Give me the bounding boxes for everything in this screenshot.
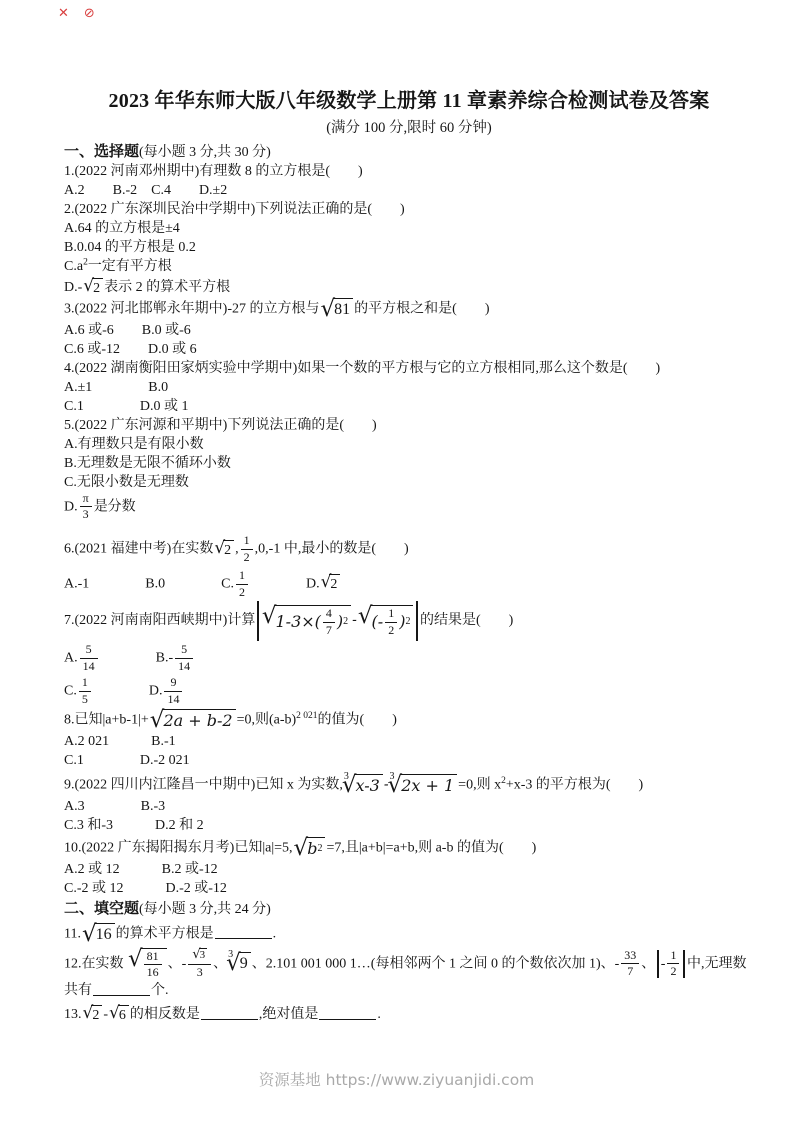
square-root: √16 [82,923,115,946]
fraction: 12 [241,534,253,565]
section-heading: 二、填空题 [64,901,139,917]
exponent: 2 021 [296,711,317,721]
fraction: 47 [323,607,335,638]
fraction: 15 [79,676,91,707]
absolute-value-bar [657,950,659,978]
cube-root: 3√9 [228,952,251,975]
answer-blank [319,1004,376,1020]
square-root: √6 [109,1005,129,1025]
line-q10-options-ab: A.2 或 12 B.2 或-12 [64,860,754,879]
absolute-value-bar [683,950,685,978]
answer-blank [201,1004,258,1020]
document-body: 一、选择题(每小题 3 分,共 30 分)1.(2022 河南邓州期中)有理数 … [64,143,754,1025]
line-q5-option-b: B.无理数是无限不循环小数 [64,454,754,473]
fraction: 514 [175,643,193,674]
page-subtitle: (满分 100 分,限时 60 分钟) [64,119,754,138]
fraction: 514 [80,643,98,674]
line-q7: 7.(2022 河南南阳西峡期中)计算√1-3×(47)2-√(-12)2的结果… [64,601,754,641]
fraction: 337 [621,949,639,980]
test-paper: 2023 年华东师大版八年级数学上册第 11 章素养综合检测试卷及答案 (满分 … [64,88,754,1025]
cube-root: 3√2x + 1 [390,774,458,797]
line-q2-option-d: D.-√2表示 2 的算术平方根 [64,278,754,298]
corner-marks: ✕ ⊘ [58,6,95,21]
line-q5-option-d: D.π3是分数 [64,492,754,523]
square-root: √3 [192,948,207,963]
section-heading: 一、选择题 [64,144,139,160]
line-q2-option-c: C.a2一定有平方根 [64,257,754,276]
square-root: √1-3×(47)2 [262,605,351,638]
line-q4-options-ab: A.±1 B.0 [64,378,754,397]
line-q5: 5.(2022 广东河源和平期中)下列说法正确的是( ) [64,416,754,435]
broken-image-icon: ✕ [58,6,69,21]
absolute-value-bar [416,601,418,641]
line-q9-options-ab: A.3 B.-3 [64,797,754,816]
line-q13: 13.√2-√6的相反数是,绝对值是. [64,1004,754,1025]
line-q9: 9.(2022 四川内江隆昌一中期中)已知 x 为实数,3√x-3-3√2x +… [64,774,754,797]
line-q9-options-cd: C.3 和-3 D.2 和 2 [64,816,754,835]
answer-blank [93,980,150,996]
fraction: 12 [236,569,248,600]
line-q2-option-b: B.0.04 的平方根是 0.2 [64,238,754,257]
square-root: √b2 [294,837,326,860]
line-q6: 6.(2021 福建中考)在实数√2,12,0,-1 中,最小的数是( ) [64,534,754,565]
line-q6-options: A.-1 B.0 C.12 D.√2 [64,569,754,600]
line-q5-option-c: C.无限小数是无理数 [64,473,754,492]
line-q1-options: A.2 B.-2 C.4 D.±2 [64,181,754,200]
line-q7-options-ab: A.514 B.-514 [64,643,754,674]
exponent: 2 [317,844,322,854]
blocked-image-icon: ⊘ [84,6,95,21]
answer-blank [215,923,272,939]
line-q4: 4.(2022 湖南衡阳田家炳实验中学期中)如果一个数的平方根与它的立方根相同,… [64,359,754,378]
line-section-fill: 二、填空题(每小题 3 分,共 24 分) [64,900,754,919]
line-q8-options-ab: A.2 021 B.-1 [64,732,754,751]
fraction: √33 [188,948,211,980]
line-q5-option-a: A.有理数只是有限小数 [64,435,754,454]
exponent: 2 [405,617,410,627]
line-q1: 1.(2022 河南邓州期中)有理数 8 的立方根是( ) [64,162,754,181]
cube-root: 3√x-3 [344,774,383,797]
fraction: 8116 [144,950,162,981]
square-root: √(-12)2 [358,605,414,638]
square-root: √2 [83,1005,103,1025]
line-q10: 10.(2022 广东揭阳揭东月考)已知|a|=5,√b2=7,且|a+b|=a… [64,837,754,860]
absolute-value-bar [257,601,259,641]
exponent: 2 [343,617,348,627]
line-q7-options-cd: C.15 D.914 [64,676,754,707]
square-root: √8116 [128,948,167,981]
line-q10-options-cd: C.-2 或 12 D.-2 或-12 [64,879,754,898]
line-q3: 3.(2022 河北邯郸永年期中)-27 的立方根与√81的平方根之和是( ) [64,298,754,321]
line-q12: 12.在实数 √8116、-√33、3√9、2.101 001 000 1…(每… [64,948,754,1001]
line-q8-options-cd: C.1 D.-2 021 [64,751,754,770]
page-title: 2023 年华东师大版八年级数学上册第 11 章素养综合检测试卷及答案 [64,88,754,114]
line-q11: 11.√16的算术平方根是. [64,923,754,946]
square-root: √2 [321,574,341,594]
fraction: 12 [385,607,397,638]
line-q2: 2.(2022 广东深圳民治中学期中)下列说法正确的是( ) [64,200,754,219]
square-root: √2 [214,540,234,560]
footer-link[interactable]: 资源基地 https://www.ziyuanjidi.com [0,1068,793,1090]
fraction: 12 [667,949,679,980]
line-section-choice: 一、选择题(每小题 3 分,共 30 分) [64,143,754,162]
fraction: π3 [80,492,92,523]
line-q3-options-ab: A.6 或-6 B.0 或-6 [64,321,754,340]
line-q8: 8.已知|a+b-1|+√2a + b-2=0,则(a-b)2 021的值为( … [64,709,754,732]
square-root: √2a + b-2 [150,709,236,732]
line-q2-option-a: A.64 的立方根是±4 [64,219,754,238]
line-q4-options-cd: C.1 D.0 或 1 [64,397,754,416]
fraction: 914 [164,676,182,707]
square-root: √2 [83,278,103,298]
line-q3-options-cd: C.6 或-12 D.0 或 6 [64,340,754,359]
square-root: √81 [321,298,354,321]
